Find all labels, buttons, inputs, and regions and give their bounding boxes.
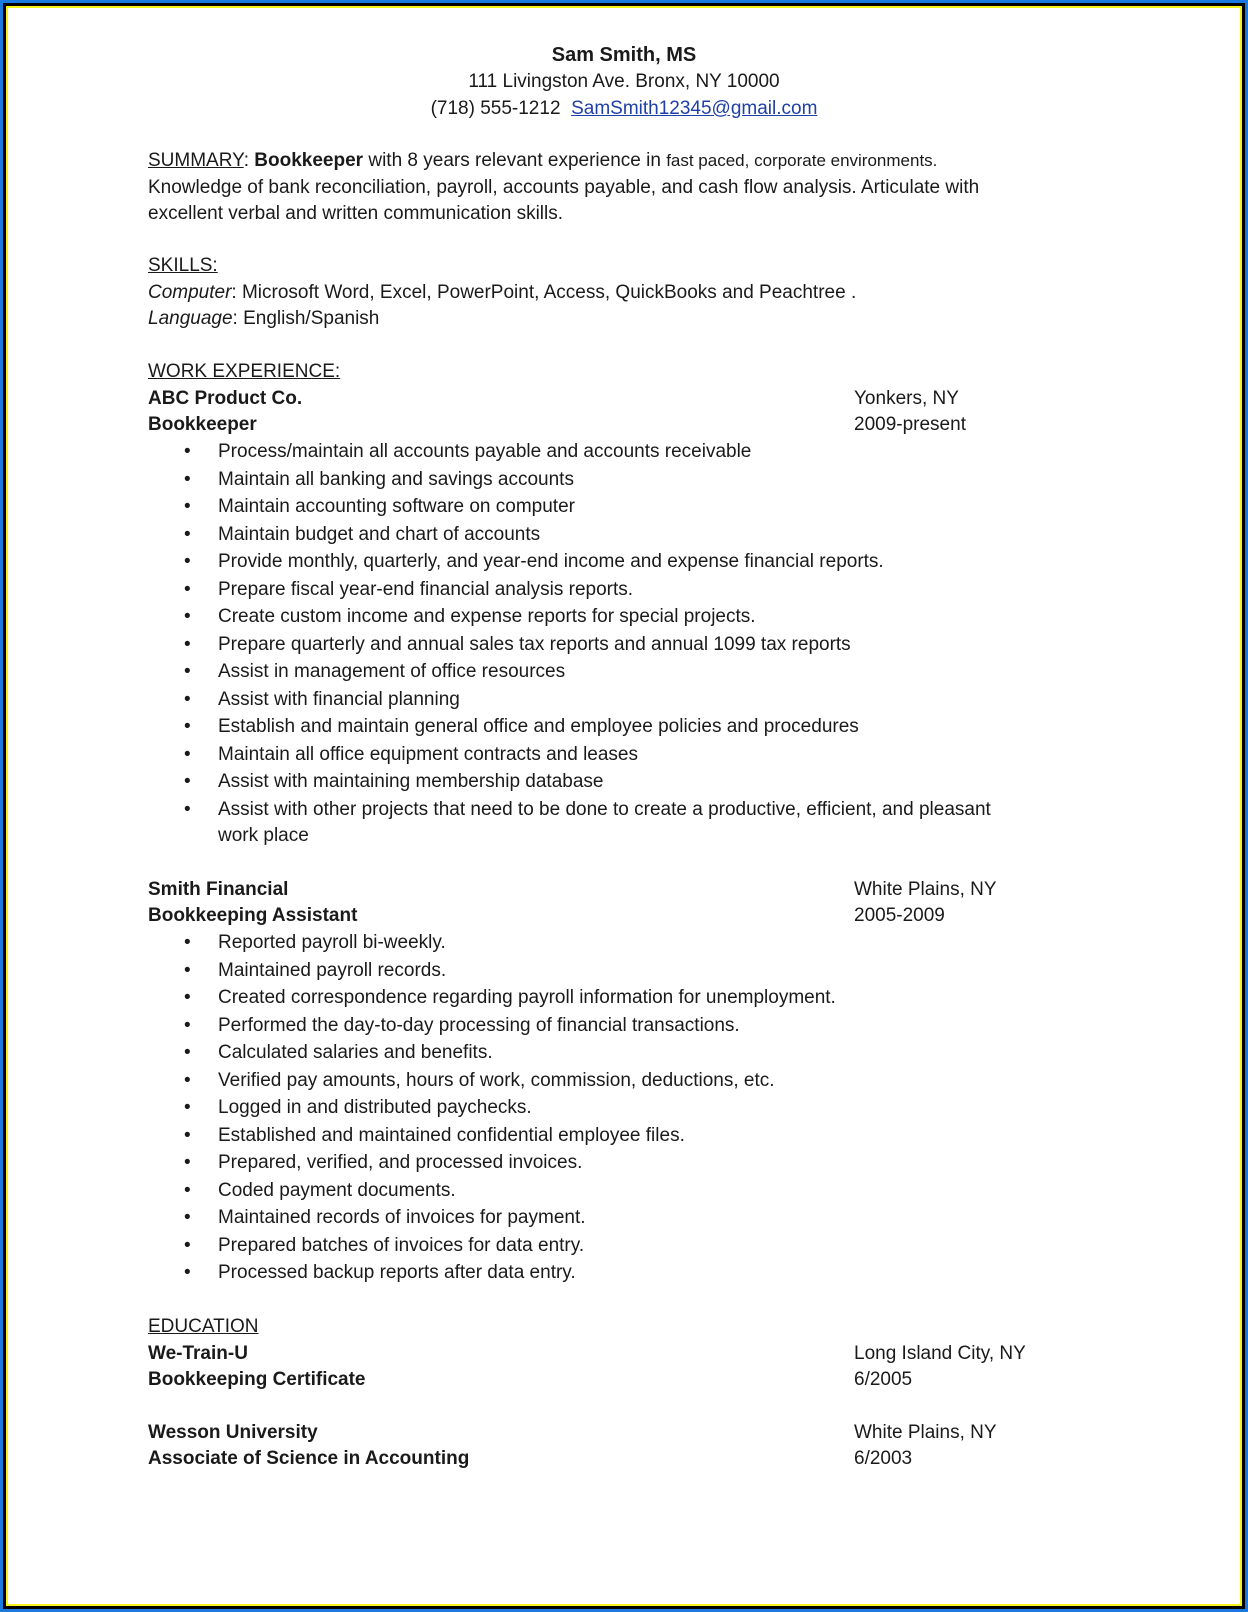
job-company: ABC Product Co.: [148, 387, 302, 411]
bullet-icon: •: [184, 633, 191, 657]
bullet-icon: •: [184, 986, 191, 1010]
bullet-icon: •: [184, 743, 191, 767]
summary-line-1: SUMMARY: Bookkeeper with 8 years relevan…: [148, 149, 937, 173]
job-location: Yonkers, NY: [854, 387, 959, 411]
job-bullet-text: Prepared, verified, and processed invoic…: [218, 1151, 582, 1175]
job-bullet-text: Logged in and distributed paychecks.: [218, 1096, 532, 1120]
bullet-icon: •: [184, 550, 191, 574]
summary-line-2: Knowledge of bank reconciliation, payrol…: [148, 176, 979, 200]
job-bullet-text: Maintain all office equipment contracts …: [218, 743, 638, 767]
school-degree: Bookkeeping Certificate: [148, 1368, 366, 1392]
school-date: 6/2003: [854, 1447, 912, 1471]
summary-colon: :: [244, 150, 255, 171]
job-bullet-text: Prepare quarterly and annual sales tax r…: [218, 633, 851, 657]
job-bullet-text: Establish and maintain general office an…: [218, 715, 859, 739]
job-bullet-text: Processed backup reports after data entr…: [218, 1261, 576, 1285]
job-bullet-text: Prepared batches of invoices for data en…: [218, 1234, 584, 1258]
bullet-icon: •: [184, 440, 191, 464]
job-bullet-text: Provide monthly, quarterly, and year-end…: [218, 550, 884, 574]
skills-heading: SKILLS:: [148, 254, 218, 278]
job-bullet-text: Maintain all banking and savings account…: [218, 468, 574, 492]
address: 111 Livingston Ave. Bronx, NY 10000: [8, 70, 1240, 94]
email-link[interactable]: SamSmith12345@gmail.com: [571, 98, 817, 119]
bullet-icon: •: [184, 1179, 191, 1203]
skills-computer: Computer: Microsoft Word, Excel, PowerPo…: [148, 281, 856, 305]
bullet-icon: •: [184, 468, 191, 492]
bullet-icon: •: [184, 1096, 191, 1120]
job-dates: 2005-2009: [854, 904, 945, 928]
bullet-icon: •: [184, 688, 191, 712]
resume-page: Sam Smith, MS 111 Livingston Ave. Bronx,…: [8, 8, 1240, 1604]
bullet-icon: •: [184, 798, 191, 822]
job-title: Bookkeeping Assistant: [148, 904, 357, 928]
job-bullet-text: Calculated salaries and benefits.: [218, 1041, 493, 1065]
bullet-icon: •: [184, 770, 191, 794]
school-date: 6/2005: [854, 1368, 912, 1392]
phone: (718) 555-1212: [431, 98, 561, 119]
skills-language: Language: English/Spanish: [148, 307, 379, 331]
job-bullet-text: work place: [218, 824, 309, 848]
bullet-icon: •: [184, 1234, 191, 1258]
job-bullet-text: Maintain budget and chart of accounts: [218, 523, 540, 547]
computer-label: Computer: [148, 282, 231, 303]
job-bullet-text: Assist with maintaining membership datab…: [218, 770, 603, 794]
bullet-icon: •: [184, 1261, 191, 1285]
candidate-name: Sam Smith, MS: [8, 43, 1240, 67]
job-dates: 2009-present: [854, 413, 966, 437]
bullet-icon: •: [184, 660, 191, 684]
job-title: Bookkeeper: [148, 413, 257, 437]
school-name: We-Train-U: [148, 1342, 248, 1366]
school-name: Wesson University: [148, 1421, 318, 1445]
language-value: : English/Spanish: [233, 308, 380, 329]
job-bullet-text: Verified pay amounts, hours of work, com…: [218, 1069, 775, 1093]
bullet-icon: •: [184, 1124, 191, 1148]
job-bullet-text: Maintained payroll records.: [218, 959, 446, 983]
job-bullet-text: Assist in management of office resources: [218, 660, 565, 684]
bullet-icon: •: [184, 1206, 191, 1230]
bullet-icon: •: [184, 1041, 191, 1065]
job-bullet-text: Prepare fiscal year-end financial analys…: [218, 578, 633, 602]
education-heading: EDUCATION: [148, 1315, 258, 1339]
summary-text-small: fast paced, corporate environments.: [666, 151, 937, 170]
job-bullet-text: Performed the day-to-day processing of f…: [218, 1014, 740, 1038]
work-experience-heading: WORK EXPERIENCE:: [148, 360, 340, 384]
bullet-icon: •: [184, 1069, 191, 1093]
summary-heading: SUMMARY: [148, 150, 244, 171]
summary-title: Bookkeeper: [254, 150, 363, 171]
job-bullet-text: Reported payroll bi-weekly.: [218, 931, 446, 955]
bullet-icon: •: [184, 715, 191, 739]
school-location: White Plains, NY: [854, 1421, 997, 1445]
bullet-icon: •: [184, 1151, 191, 1175]
job-company: Smith Financial: [148, 878, 288, 902]
job-bullet-text: Maintained records of invoices for payme…: [218, 1206, 586, 1230]
summary-line-3: excellent verbal and written communicati…: [148, 202, 563, 226]
job-bullet-text: Maintain accounting software on computer: [218, 495, 575, 519]
school-degree: Associate of Science in Accounting: [148, 1447, 469, 1471]
job-bullet-text: Create custom income and expense reports…: [218, 605, 756, 629]
bullet-icon: •: [184, 605, 191, 629]
school-location: Long Island City, NY: [854, 1342, 1026, 1366]
job-location: White Plains, NY: [854, 878, 997, 902]
bullet-icon: •: [184, 578, 191, 602]
bullet-icon: •: [184, 523, 191, 547]
job-bullet-text: Created correspondence regarding payroll…: [218, 986, 836, 1010]
job-bullet-text: Assist with financial planning: [218, 688, 460, 712]
resume-document: Sam Smith, MS 111 Livingston Ave. Bronx,…: [8, 8, 1240, 1604]
contact-line: (718) 555-1212 SamSmith12345@gmail.com: [8, 97, 1240, 121]
job-bullet-text: Process/maintain all accounts payable an…: [218, 440, 751, 464]
job-bullet-text: Coded payment documents.: [218, 1179, 456, 1203]
job-bullet-text: Established and maintained confidential …: [218, 1124, 685, 1148]
bullet-icon: •: [184, 1014, 191, 1038]
job-bullet-text: Assist with other projects that need to …: [218, 798, 991, 822]
computer-value: : Microsoft Word, Excel, PowerPoint, Acc…: [231, 282, 856, 303]
summary-text: with 8 years relevant experience in: [363, 150, 666, 171]
bullet-icon: •: [184, 495, 191, 519]
language-label: Language: [148, 308, 233, 329]
bullet-icon: •: [184, 959, 191, 983]
bullet-icon: •: [184, 931, 191, 955]
